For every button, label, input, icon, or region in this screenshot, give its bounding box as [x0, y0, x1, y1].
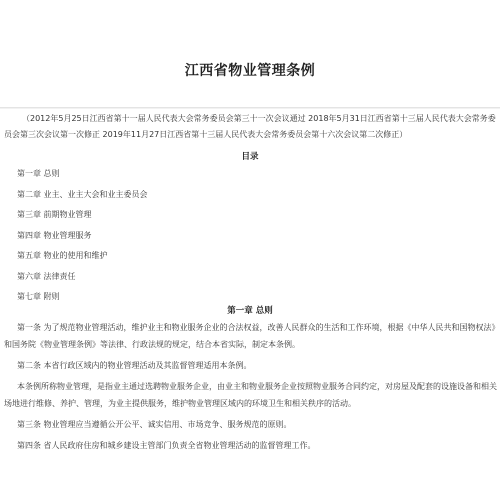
article-4: 第四条 省人民政府住房和城乡建设主管部门负责全省物业管理活动的监督管理工作。 [4, 437, 498, 454]
toc-item-chapter-2[interactable]: 第二章 业主、业主大会和业主委员会 [17, 185, 148, 206]
article-3: 第三条 物业管理应当遵循公开公平、诚实信用、市场竞争、服务规范的原则。 [4, 416, 498, 433]
chapter-heading: 第一章 总则 [0, 304, 500, 316]
toc-item-chapter-1[interactable]: 第一章 总则 [17, 164, 148, 185]
toc-heading: 目录 [0, 150, 500, 162]
article-1: 第一条 为了规范物业管理活动，维护业主和物业服务企业的合法权益，改善人民群众的生… [4, 319, 498, 353]
article-2: 第二条 本省行政区域内的物业管理活动及其监督管理适用本条例。 [4, 357, 498, 374]
legislative-history-note: （2012年5月25日江西省第十一届人民代表大会常务委员会第三十一次会议通过 2… [4, 111, 498, 143]
toc-item-chapter-5[interactable]: 第五章 物业的使用和维护 [17, 246, 148, 267]
document-title: 江西省物业管理条例 [0, 60, 500, 80]
table-of-contents: 第一章 总则 第二章 业主、业主大会和业主委员会 第三章 前期物业管理 第四章 … [17, 164, 148, 308]
toc-item-chapter-3[interactable]: 第三章 前期物业管理 [17, 205, 148, 226]
title-separator [0, 107, 500, 109]
toc-item-chapter-6[interactable]: 第六章 法律责任 [17, 267, 148, 288]
article-2-paragraph-2: 本条例所称物业管理，是指业主通过选聘物业服务企业，由业主和物业服务企业按照物业服… [4, 378, 498, 412]
chapter-articles: 第一条 为了规范物业管理活动，维护业主和物业服务企业的合法权益，改善人民群众的生… [4, 319, 498, 458]
toc-item-chapter-4[interactable]: 第四章 物业管理服务 [17, 226, 148, 247]
